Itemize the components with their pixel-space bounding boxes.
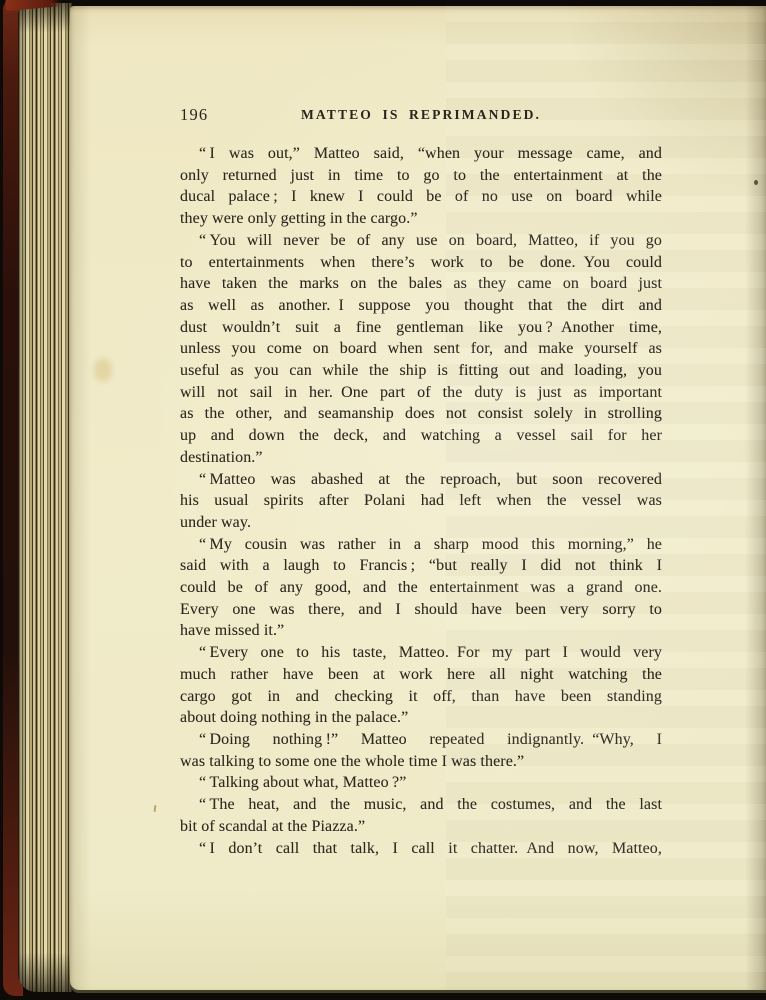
text-line: could be of any good, and the entertainm… <box>180 577 662 599</box>
page-stack-edges <box>18 3 72 992</box>
text-line: to entertainments when there’s work to b… <box>180 252 662 274</box>
text-line: have missed it.” <box>180 620 662 642</box>
text-line: up and down the deck, and watching a ves… <box>180 425 662 447</box>
paragraph: “ You will never be of any use on board,… <box>180 230 662 469</box>
text-line: will not sail in her. One part of the du… <box>180 382 662 404</box>
text-line: “ Matteo was abashed at the reproach, bu… <box>180 469 662 491</box>
paper-stain <box>94 358 112 382</box>
text-line: useful as you can while the ship is fitt… <box>180 360 662 382</box>
text-line: “ I was out,” Matteo said, “when your me… <box>180 143 662 165</box>
paragraph: “ Talking about what, Matteo ?” <box>180 772 662 794</box>
paper-speck <box>754 180 758 185</box>
text-line: dust wouldn’t suit a fine gentleman like… <box>180 317 662 339</box>
paragraph: “ Doing nothing !” Matteo repeated indig… <box>180 729 662 772</box>
paper-mark <box>154 805 157 812</box>
text-line: “ You will never be of any use on board,… <box>180 230 662 252</box>
text-line: “ Talking about what, Matteo ?” <box>180 772 662 794</box>
page-header: 196 MATTEO IS REPRIMANDED. <box>180 105 662 123</box>
text-line: they were only getting in the cargo.” <box>180 208 662 230</box>
paragraph: “ I don’t call that talk, I call it chat… <box>180 838 662 860</box>
running-title: MATTEO IS REPRIMANDED. <box>180 107 662 123</box>
page-content: 196 MATTEO IS REPRIMANDED. “ I was out,”… <box>180 105 662 859</box>
text-line: as well as another. I suppose you though… <box>180 295 662 317</box>
text-line: “ My cousin was rather in a sharp mood t… <box>180 534 662 556</box>
text-line: under way. <box>180 512 662 534</box>
text-line: “ Every one to his taste, Matteo. For my… <box>180 642 662 664</box>
paragraph: “ Matteo was abashed at the reproach, bu… <box>180 469 662 534</box>
text-line: his usual spirits after Polani had left … <box>180 490 662 512</box>
text-line: “ I don’t call that talk, I call it chat… <box>180 838 662 860</box>
text-line: about doing nothing in the palace.” <box>180 707 662 729</box>
text-line: Every one was there, and I should have b… <box>180 599 662 621</box>
page-text: “ I was out,” Matteo said, “when your me… <box>180 143 662 859</box>
paragraph: “ Every one to his taste, Matteo. For my… <box>180 642 662 729</box>
paragraph: “ I was out,” Matteo said, “when your me… <box>180 143 662 230</box>
text-line: was talking to some one the whole time I… <box>180 751 662 773</box>
text-line: only returned just in time to go to the … <box>180 165 662 187</box>
paragraph: “ The heat, and the music, and the costu… <box>180 794 662 837</box>
book-photo: 196 MATTEO IS REPRIMANDED. “ I was out,”… <box>0 0 766 1000</box>
text-line: as the other, and seamanship does not co… <box>180 403 662 425</box>
text-line: “ Doing nothing !” Matteo repeated indig… <box>180 729 662 751</box>
text-line: said with a laugh to Francis ; “but real… <box>180 555 662 577</box>
text-line: destination.” <box>180 447 662 469</box>
text-line: cargo got in and checking it off, than h… <box>180 686 662 708</box>
book-page: 196 MATTEO IS REPRIMANDED. “ I was out,”… <box>70 6 766 990</box>
text-line: have taken the marks on the bales as the… <box>180 273 662 295</box>
text-line: bit of scandal at the Piazza.” <box>180 816 662 838</box>
text-line: ducal palace ; I knew I could be of no u… <box>180 186 662 208</box>
text-line: much rather have been at work here all n… <box>180 664 662 686</box>
text-line: “ The heat, and the music, and the costu… <box>180 794 662 816</box>
text-line: unless you come on board when sent for, … <box>180 338 662 360</box>
paragraph: “ My cousin was rather in a sharp mood t… <box>180 534 662 643</box>
